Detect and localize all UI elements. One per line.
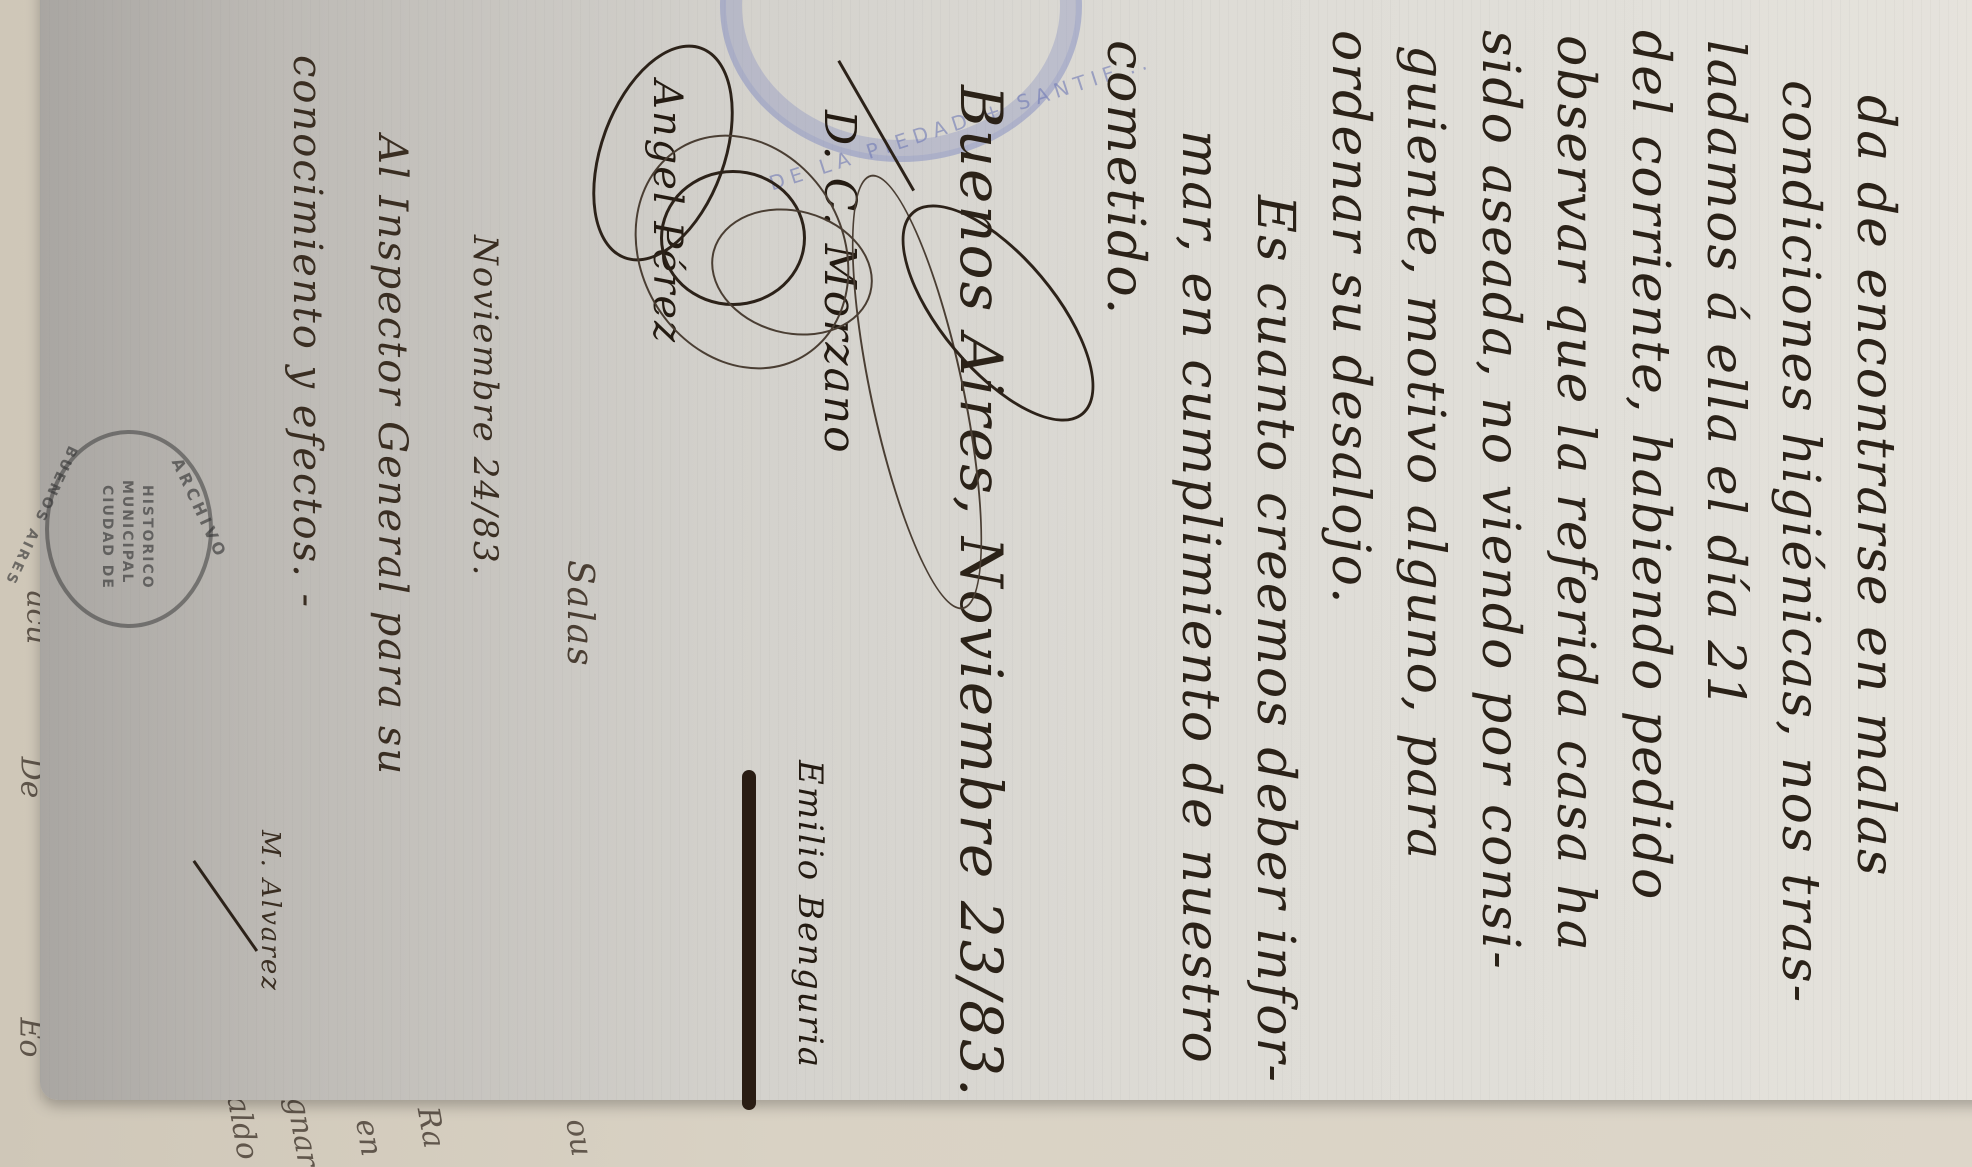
- underlying-fragment: aldo: [220, 1093, 266, 1163]
- signature-underline-stroke: [742, 770, 756, 1110]
- archive-stamp-line-1: HISTORICO: [139, 485, 155, 590]
- signature-salas: Salas: [559, 560, 600, 668]
- body-line-10: mar, en cumplimiento de nuestro: [1170, 130, 1230, 1065]
- body-line-7: guiente, motivo alguno, para: [1395, 45, 1455, 861]
- underlying-fragment: ou: [558, 1116, 599, 1159]
- signature-benguria: Emilio Benguria: [790, 760, 830, 1069]
- archive-stamp-line-2: MUNICIPAL: [119, 480, 135, 584]
- body-line-3: ladamos á ella el día 21: [1695, 40, 1755, 710]
- marginal-signature: M. Alvarez: [255, 830, 285, 992]
- underlying-fragment: Ra: [410, 1104, 452, 1151]
- marginal-date: Noviembre 24/83.: [465, 235, 505, 577]
- body-line-8: ordenar su desalojo.: [1320, 30, 1380, 606]
- body-line-4: del corriente, habiendo pedido: [1620, 30, 1680, 901]
- body-line-5: observar que la referida casa ha: [1545, 35, 1605, 953]
- marginal-line-1: Al Inspector General para su: [369, 135, 415, 776]
- body-line-11: cometido.: [1095, 40, 1155, 316]
- archive-stamp-line-3: CIUDAD DE: [99, 485, 115, 590]
- body-line-6: sido aseada, no viendo por consi-: [1470, 30, 1530, 971]
- marginal-line-2: conocimiento y efectos. -: [284, 55, 330, 609]
- underlying-fragment: en: [348, 1116, 389, 1159]
- body-line-1: da de encontrarse en malas: [1845, 95, 1905, 878]
- body-line-2: condiciones higiénicas, nos tras-: [1770, 80, 1830, 1004]
- body-line-9: Es cuanto creemos deber infor-: [1245, 195, 1305, 1084]
